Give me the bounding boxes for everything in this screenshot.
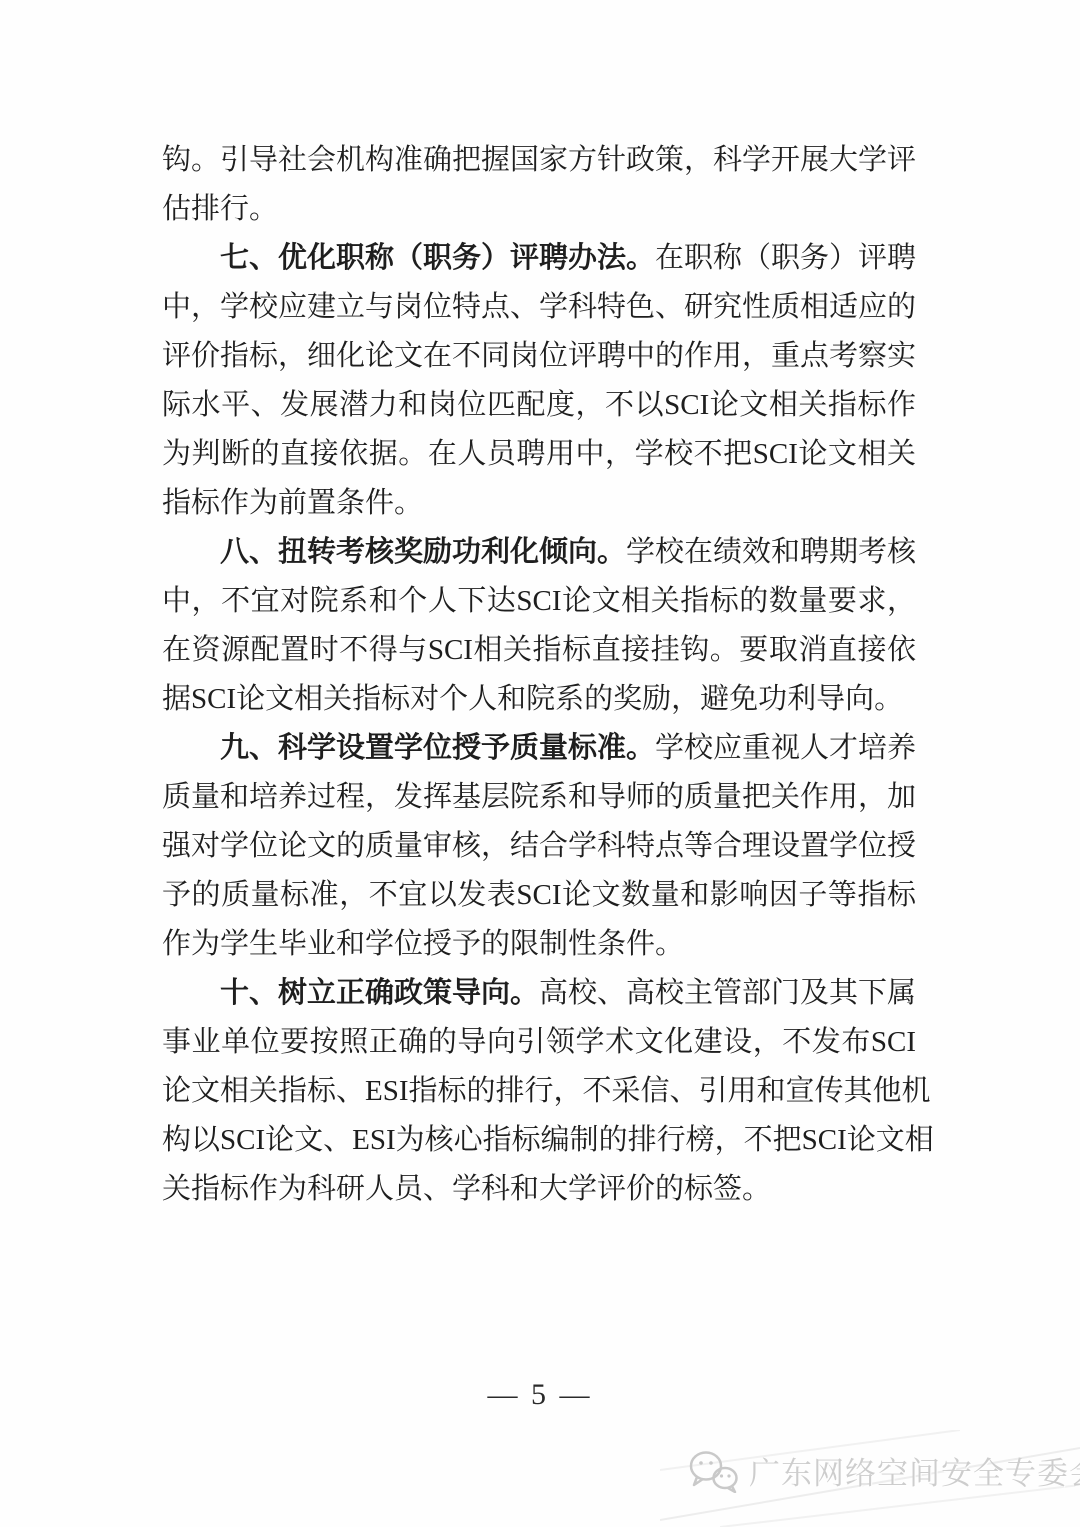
text-run: 为判断的直接依据。在人员聘用中，学校不把SCI论文相关 (162, 438, 916, 470)
text-line: 九、科学设置学位授予质量标准。学校应重视人才培养 (162, 724, 916, 773)
text-run: 关指标作为科研人员、学科和大学评价的标签。 (162, 1173, 771, 1205)
watermark-label: 广东网络空间安全专委会 (749, 1448, 1080, 1493)
text-line: 十、树立正确政策导向。高校、高校主管部门及其下属 (162, 969, 916, 1018)
text-run: 质量和培养过程，发挥基层院系和导师的质量把关作用，加 (162, 781, 916, 813)
watermark: 广东网络空间安全专委会 (688, 1448, 1080, 1493)
section-heading: 八、扭转考核奖励功利化倾向。 (220, 536, 626, 568)
text-run: 据SCI论文相关指标对个人和院系的奖励，避免功利导向。 (162, 683, 903, 715)
text-run: 构以SCI论文、ESI为核心指标编制的排行榜，不把SCI论文相 (162, 1124, 934, 1156)
text-line: 质量和培养过程，发挥基层院系和导师的质量把关作用，加 (162, 773, 916, 822)
text-line: 中，学校应建立与岗位特点、学科特色、研究性质相适应的 (162, 283, 916, 332)
text-run: 中，学校应建立与岗位特点、学科特色、研究性质相适应的 (162, 291, 916, 323)
text-run: 在职称（职务）评聘 (655, 242, 916, 274)
text-line: 为判断的直接依据。在人员聘用中，学校不把SCI论文相关 (162, 430, 916, 479)
text-run: 予的质量标准，不宜以发表SCI论文数量和影响因子等指标 (162, 879, 916, 911)
text-run: 事业单位要按照正确的导向引领学术文化建设，不发布SCI (162, 1026, 916, 1058)
section-heading: 十、树立正确政策导向。 (220, 977, 539, 1009)
text-line: 估排行。 (162, 185, 916, 234)
text-run: 论文相关指标、ESI指标的排行，不采信、引用和宣传其他机 (162, 1075, 931, 1107)
text-run: 估排行。 (162, 193, 278, 225)
text-run: 高校、高校主管部门及其下属 (539, 977, 916, 1009)
text-line: 事业单位要按照正确的导向引领学术文化建设，不发布SCI (162, 1018, 916, 1067)
text-line: 指标作为前置条件。 (162, 479, 916, 528)
text-line: 据SCI论文相关指标对个人和院系的奖励，避免功利导向。 (162, 675, 916, 724)
text-line: 论文相关指标、ESI指标的排行，不采信、引用和宣传其他机 (162, 1067, 916, 1116)
text-run: 指标作为前置条件。 (162, 487, 423, 519)
text-run: 评价指标，细化论文在不同岗位评聘中的作用，重点考察实 (162, 340, 916, 372)
text-run: 强对学位论文的质量审核，结合学科特点等合理设置学位授 (162, 830, 916, 862)
text-line: 七、优化职称（职务）评聘办法。在职称（职务）评聘 (162, 234, 916, 283)
text-run: 学校应重视人才培养 (655, 732, 916, 764)
text-line: 作为学生毕业和学位授予的限制性条件。 (162, 920, 916, 969)
text-run: 在资源配置时不得与SCI相关指标直接挂钩。要取消直接依 (162, 634, 916, 666)
text-line: 予的质量标准，不宜以发表SCI论文数量和影响因子等指标 (162, 871, 916, 920)
section-heading: 九、科学设置学位授予质量标准。 (220, 732, 655, 764)
text-run: 钩。引导社会机构准确把握国家方针政策，科学开展大学评 (162, 144, 916, 176)
document-page: 钩。引导社会机构准确把握国家方针政策，科学开展大学评估排行。七、优化职称（职务）… (0, 0, 1080, 1527)
text-run: 学校在绩效和聘期考核 (626, 536, 916, 568)
section-heading: 七、优化职称（职务）评聘办法。 (220, 242, 655, 274)
text-line: 钩。引导社会机构准确把握国家方针政策，科学开展大学评 (162, 136, 916, 185)
text-line: 八、扭转考核奖励功利化倾向。学校在绩效和聘期考核 (162, 528, 916, 577)
text-run: 作为学生毕业和学位授予的限制性条件。 (162, 928, 684, 960)
page-number: — 5 — (0, 1378, 1080, 1412)
text-line: 关指标作为科研人员、学科和大学评价的标签。 (162, 1165, 916, 1214)
text-line: 构以SCI论文、ESI为核心指标编制的排行榜，不把SCI论文相 (162, 1116, 916, 1165)
text-run: 中，不宜对院系和个人下达SCI论文相关指标的数量要求， (162, 585, 916, 617)
text-line: 际水平、发展潜力和岗位匹配度，不以SCI论文相关指标作 (162, 381, 916, 430)
text-line: 强对学位论文的质量审核，结合学科特点等合理设置学位授 (162, 822, 916, 871)
text-line: 中，不宜对院系和个人下达SCI论文相关指标的数量要求， (162, 577, 916, 626)
wechat-icon (688, 1449, 740, 1493)
text-line: 在资源配置时不得与SCI相关指标直接挂钩。要取消直接依 (162, 626, 916, 675)
body-text: 钩。引导社会机构准确把握国家方针政策，科学开展大学评估排行。七、优化职称（职务）… (162, 136, 916, 1214)
text-run: 际水平、发展潜力和岗位匹配度，不以SCI论文相关指标作 (162, 389, 916, 421)
text-line: 评价指标，细化论文在不同岗位评聘中的作用，重点考察实 (162, 332, 916, 381)
